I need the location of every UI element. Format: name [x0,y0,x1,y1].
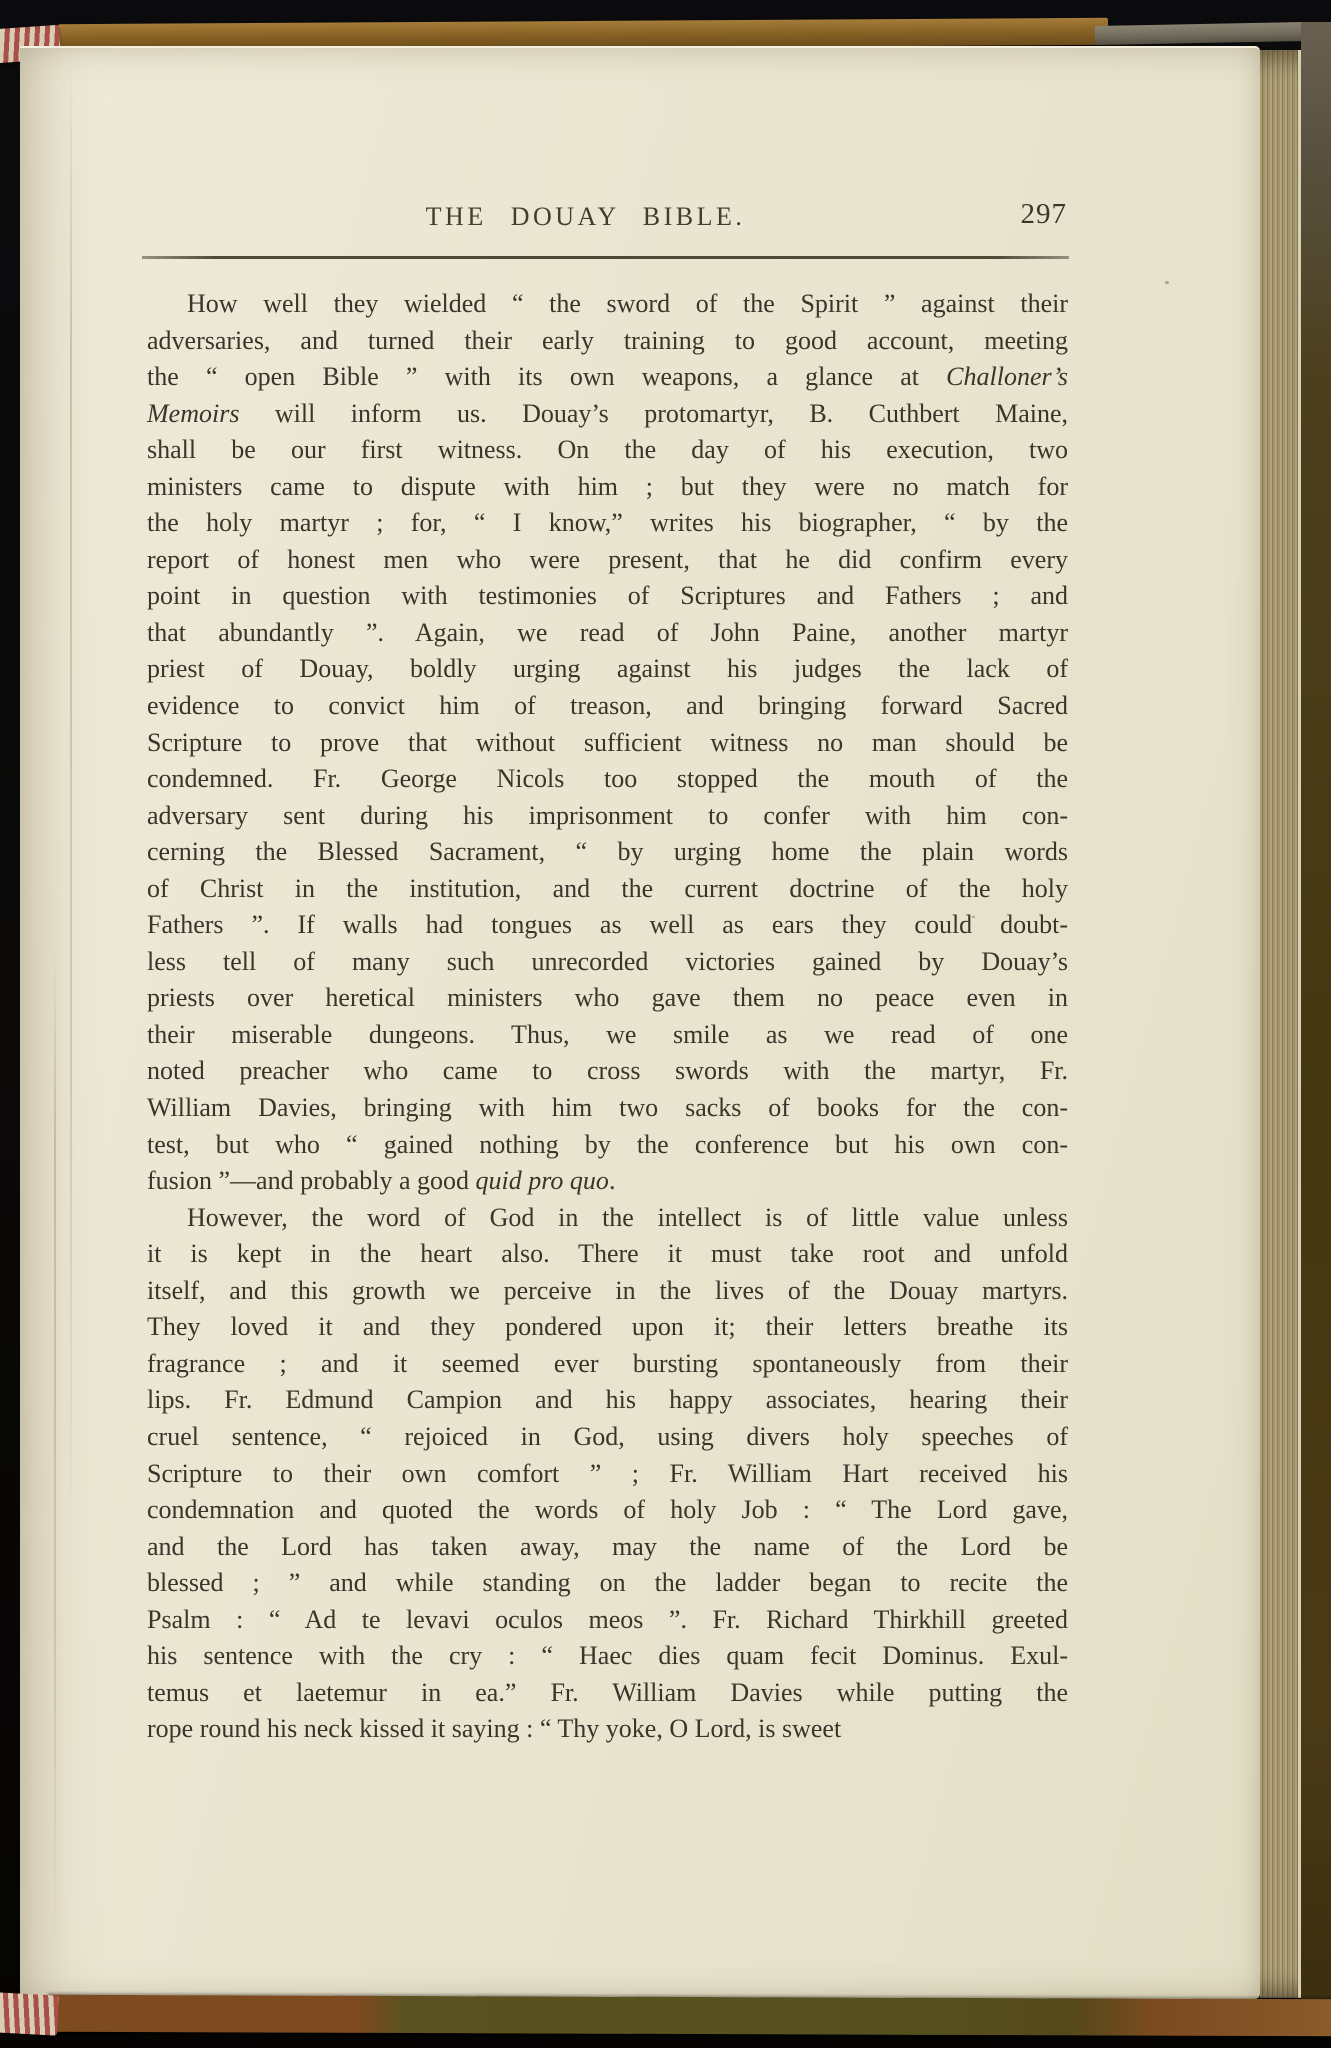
text-line: evidence to convict him of treason, and … [147,688,1068,725]
text-line: condemned. Fr. George Nicols too stopped… [147,761,1068,798]
page-crease [54,948,56,1948]
header-rule [142,256,1069,259]
text-line: shall be our first witness. On the day o… [147,432,1068,469]
text-line: it is kept in the heart also. There it m… [147,1236,1068,1273]
page-crease [70,58,72,1558]
text-line: priests over heretical ministers who gav… [147,980,1068,1017]
running-title: THE DOUAY BIBLE. [142,202,1029,232]
text-line: They loved it and they pondered upon it;… [147,1309,1068,1346]
text-line: test, but who “ gained nothing by the co… [147,1127,1068,1164]
text-line: their miserable dungeons. Thus, we smile… [147,1017,1068,1054]
text-line: Psalm : “ Ad te levavi oculos meos ”. Fr… [147,1602,1068,1639]
text-line: and the Lord has taken away, may the nam… [147,1529,1068,1566]
text-line: Fathers ”. If walls had tongues as well … [147,907,1068,944]
text-line: itself, and this growth we perceive in t… [147,1273,1068,1310]
page-number: 297 [1021,198,1068,231]
text-line: less tell of many such unrecorded victor… [147,944,1068,981]
text-line: adversary sent during his imprisonment t… [147,798,1068,835]
text-line: ministers came to dispute with him ; but… [147,469,1068,506]
scan-speck [1165,281,1169,284]
book-back-cover-edge [1301,22,1331,2022]
book-top-cover-edge-right [1095,22,1305,45]
body-text: How well they wielded “ the sword of the… [147,286,1068,1748]
text-line: that abundantly ”. Again, we read of Joh… [147,615,1068,652]
text-line: fragrance ; and it seemed ever bursting … [147,1346,1068,1383]
text-line: William Davies, bringing with him two sa… [147,1090,1068,1127]
paragraph: However, the word of God in the intellec… [147,1200,1068,1748]
text-line: cruel sentence, “ rejoiced in God, using… [147,1419,1068,1456]
book-bottom-cover-edge [48,1995,1331,2036]
text-line: However, the word of God in the intellec… [147,1200,1068,1237]
text-line: rope round his neck kissed it saying : “… [147,1711,1068,1748]
scanned-book-photo: THE DOUAY BIBLE. 297 How well they wield… [0,0,1331,2048]
text-line: noted preacher who came to cross swords … [147,1053,1068,1090]
text-line: blessed ; ” and while standing on the la… [147,1565,1068,1602]
text-line: condemnation and quoted the words of hol… [147,1492,1068,1529]
text-line: Memoirs will inform us. Douay’s protomar… [147,396,1068,433]
page-header: THE DOUAY BIBLE. 297 [142,198,1069,242]
text-line: How well they wielded “ the sword of the… [147,286,1068,323]
text-line: fusion ”—and probably a good quid pro qu… [147,1163,1068,1200]
text-line: point in question with testimonies of Sc… [147,578,1068,615]
text-line: of Christ in the institution, and the cu… [147,871,1068,908]
text-line: Scripture to their own comfort ” ; Fr. W… [147,1456,1068,1493]
text-line: priest of Douay, boldly urging against h… [147,651,1068,688]
text-line: Scripture to prove that without sufficie… [147,725,1068,762]
text-line: adversaries, and turned their early trai… [147,323,1068,360]
text-line: report of honest men who were present, t… [147,542,1068,579]
text-line: his sentence with the cry : “ Haec dies … [147,1638,1068,1675]
text-line: temus et laetemur in ea.” Fr. William Da… [147,1675,1068,1712]
text-line: the holy martyr ; for, “ I know,” writes… [147,505,1068,542]
book-headband-bottom [0,1992,59,2035]
text-line: the “ open Bible ” with its own weapons,… [147,359,1068,396]
text-line: cerning the Blessed Sacrament, “ by urgi… [147,834,1068,871]
book-page: THE DOUAY BIBLE. 297 How well they wield… [20,46,1260,1999]
text-line: lips. Fr. Edmund Campion and his happy a… [147,1382,1068,1419]
paragraph: How well they wielded “ the sword of the… [147,286,1068,1200]
page-fore-edges [1260,50,1301,1998]
